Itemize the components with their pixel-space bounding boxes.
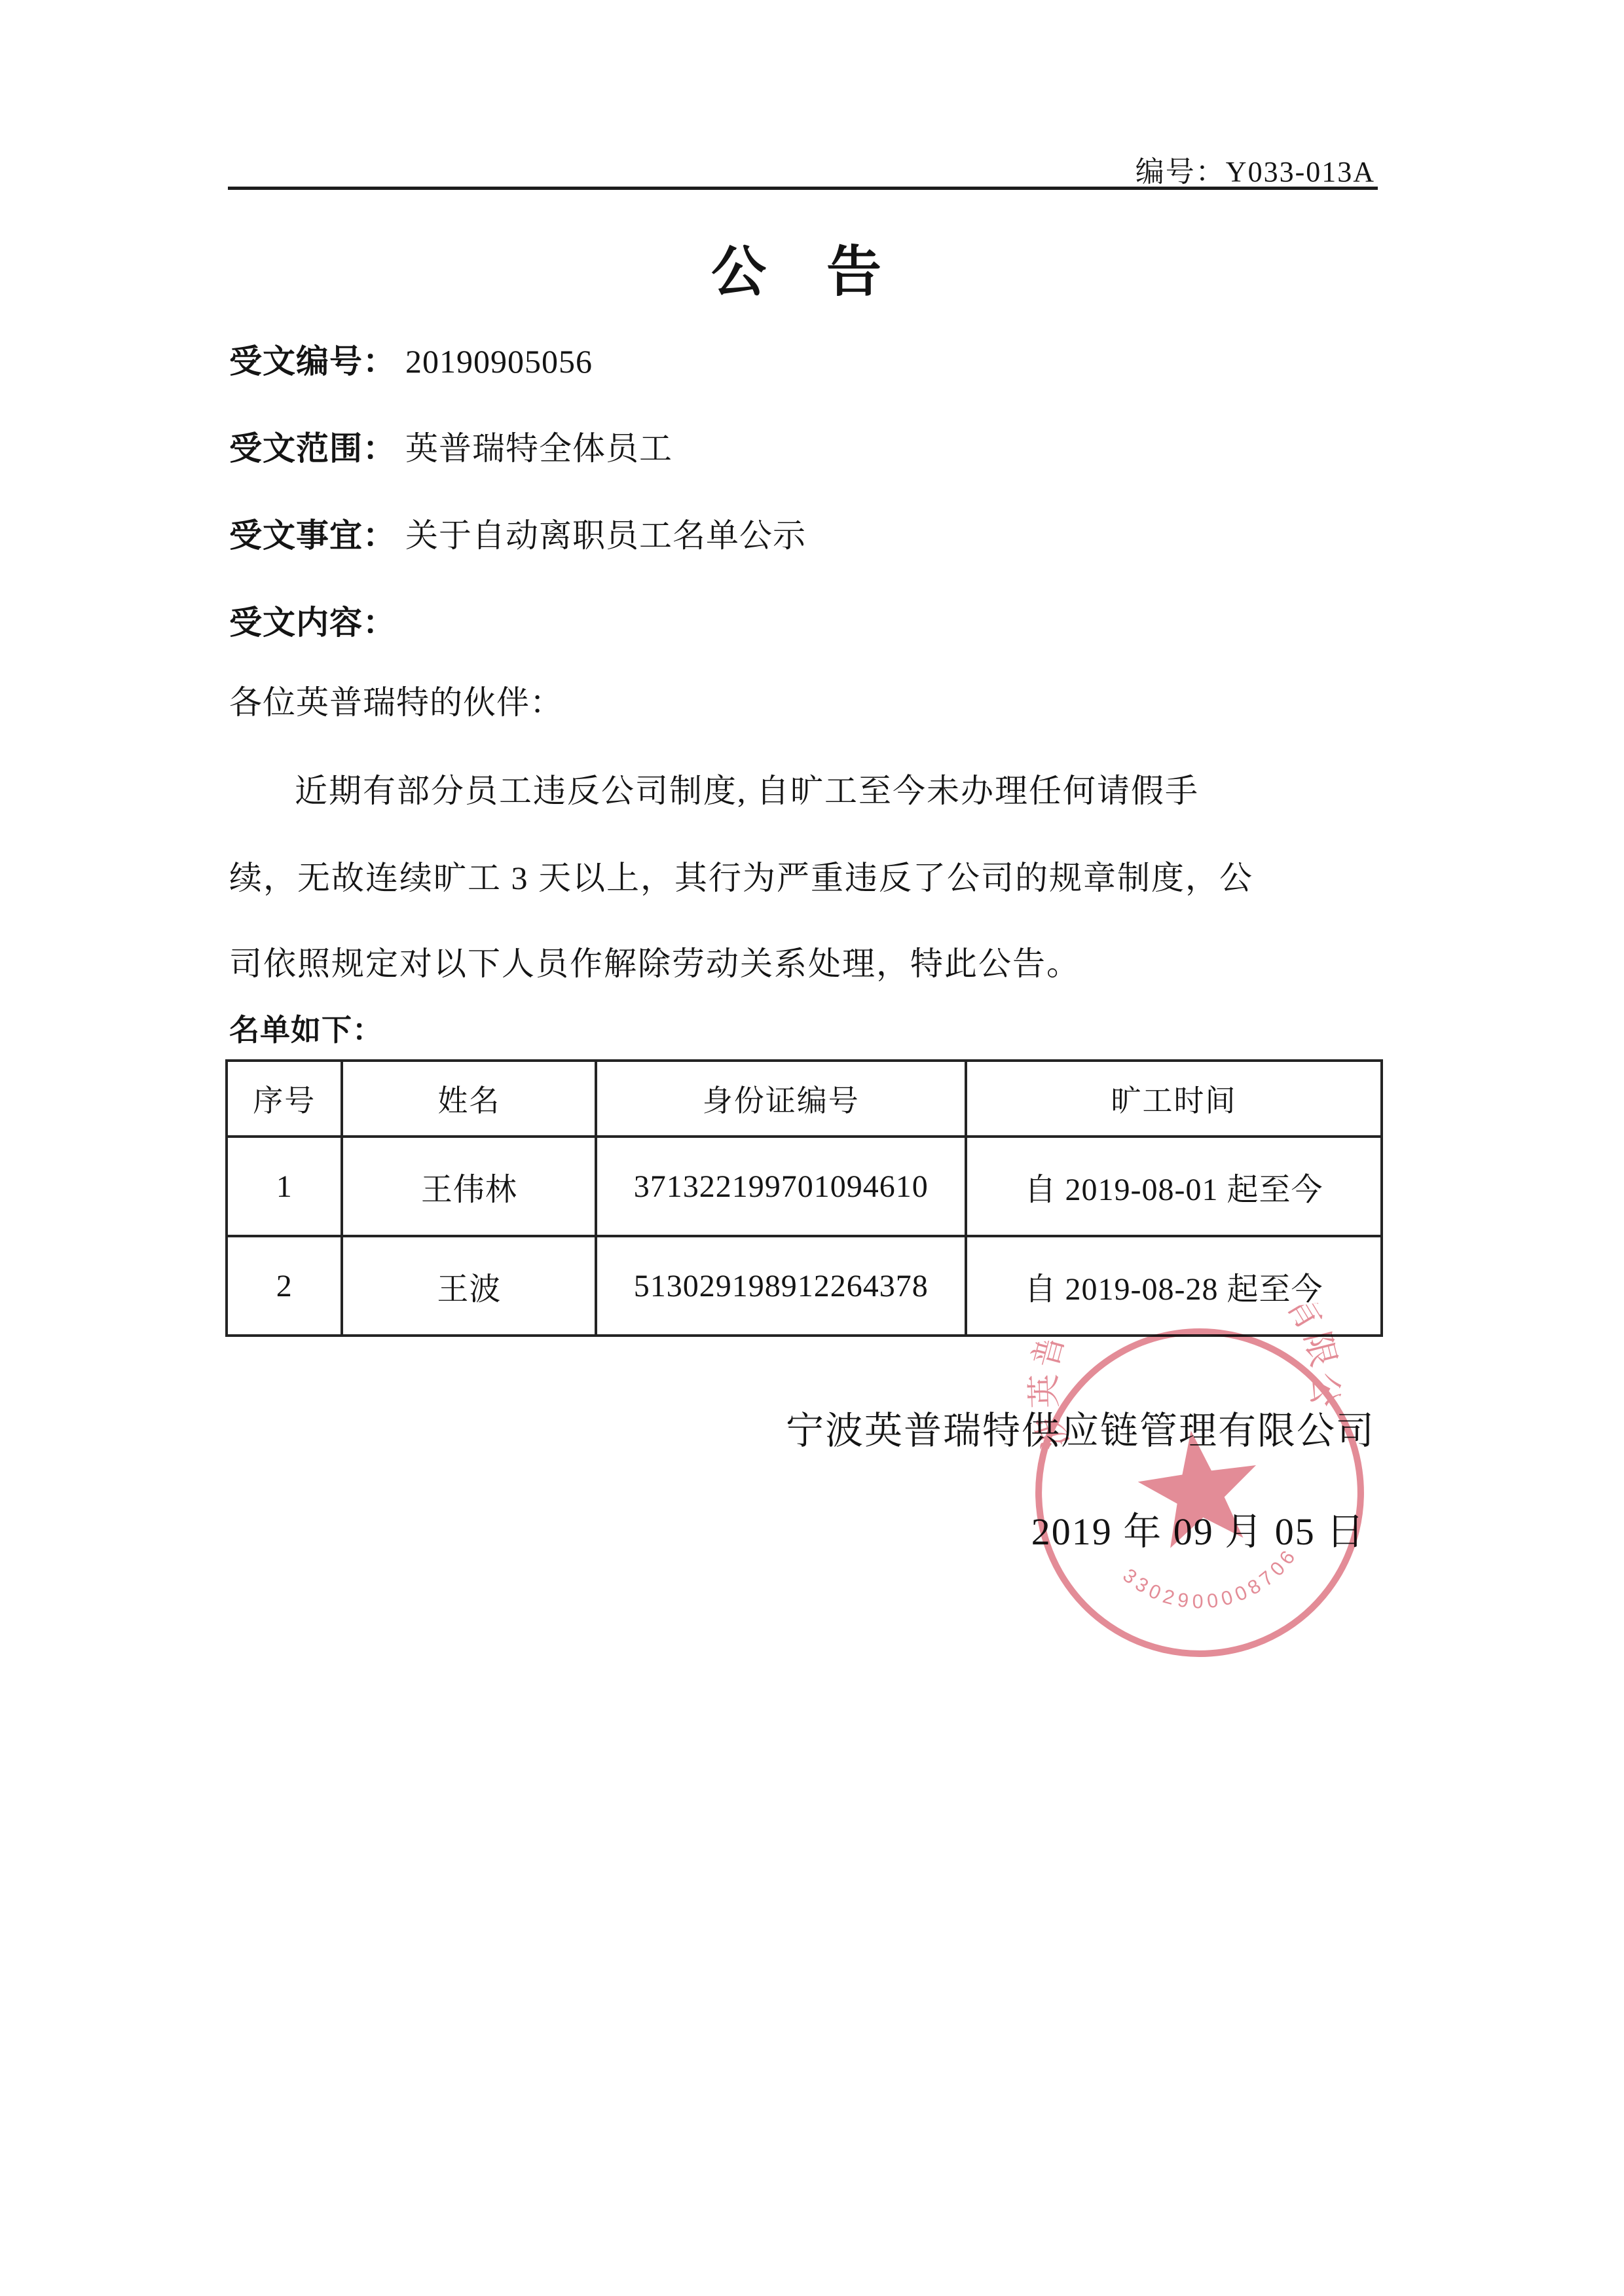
header-divider [228, 187, 1378, 190]
field-value: 英普瑞特全体员工 [405, 430, 673, 467]
cell-id-number: 513029198912264378 [596, 1236, 965, 1336]
cell-index: 2 [227, 1236, 342, 1336]
header-absence-period: 旷工时间 [966, 1061, 1382, 1137]
header-id-number: 身份证编号 [596, 1061, 965, 1137]
field-scope: 受文范围：英普瑞特全体员工 [229, 426, 1408, 471]
roster-table: 序号 姓名 身份证编号 旷工时间 1 王伟林 37132219970109461… [225, 1059, 1383, 1337]
paragraph-line: 续，无故连续旷工 3 天以上，其行为严重违反了公司的规章制度，公 [229, 856, 1388, 900]
header-name: 姓名 [342, 1061, 596, 1137]
field-doc-number: 受文编号：20190905056 [229, 339, 1408, 384]
field-label: 受文编号： [229, 343, 396, 380]
table-header-row: 序号 姓名 身份证编号 旷工时间 [227, 1061, 1382, 1137]
company-stamp: 宁波英普瑞特供应链管理有限公司 3302900008706 [1006, 1299, 1393, 1686]
field-label: 受文事宜： [229, 517, 396, 554]
stamp-serial: 3302900008706 [1116, 1541, 1308, 1624]
field-label: 受文内容： [229, 604, 396, 641]
field-label: 受文范围： [229, 430, 396, 467]
field-value: 20190905056 [405, 343, 593, 380]
announcement-page: 编号：Y033-013A 公 告 受文编号：20190905056 受文范围：英… [0, 0, 1624, 2296]
cell-name: 王伟林 [342, 1137, 596, 1236]
table-row: 1 王伟林 371322199701094610 自 2019-08-01 起至… [227, 1137, 1382, 1236]
reference-number: 编号：Y033-013A [0, 148, 1375, 190]
stamp-graphic: 宁波英普瑞特供应链管理有限公司 3302900008706 [1006, 1299, 1393, 1686]
field-value: 关于自动离职员工名单公示 [405, 517, 806, 554]
cell-index: 1 [227, 1137, 342, 1236]
cell-absence-period: 自 2019-08-01 起至今 [966, 1137, 1382, 1236]
stamp-star [1132, 1423, 1266, 1552]
salutation: 各位英普瑞特的伙伴： [229, 680, 1408, 725]
stamp-serial-holder: 3302900008706 [1116, 1541, 1308, 1624]
field-subject: 受文事宜：关于自动离职员工名单公示 [229, 513, 1408, 558]
list-label: 名单如下： [229, 1006, 383, 1049]
paragraph-line: 近期有部分员工违反公司制度, 自旷工至今未办理任何请假手 [229, 769, 1388, 813]
header-index: 序号 [227, 1061, 342, 1137]
field-content: 受文内容： [229, 600, 1408, 645]
cell-name: 王波 [342, 1236, 596, 1336]
paragraph-line: 司依照规定对以下人员作解除劳动关系处理，特此公告。 [229, 941, 1388, 986]
cell-id-number: 371322199701094610 [596, 1137, 965, 1236]
page-title: 公 告 [0, 228, 1610, 307]
